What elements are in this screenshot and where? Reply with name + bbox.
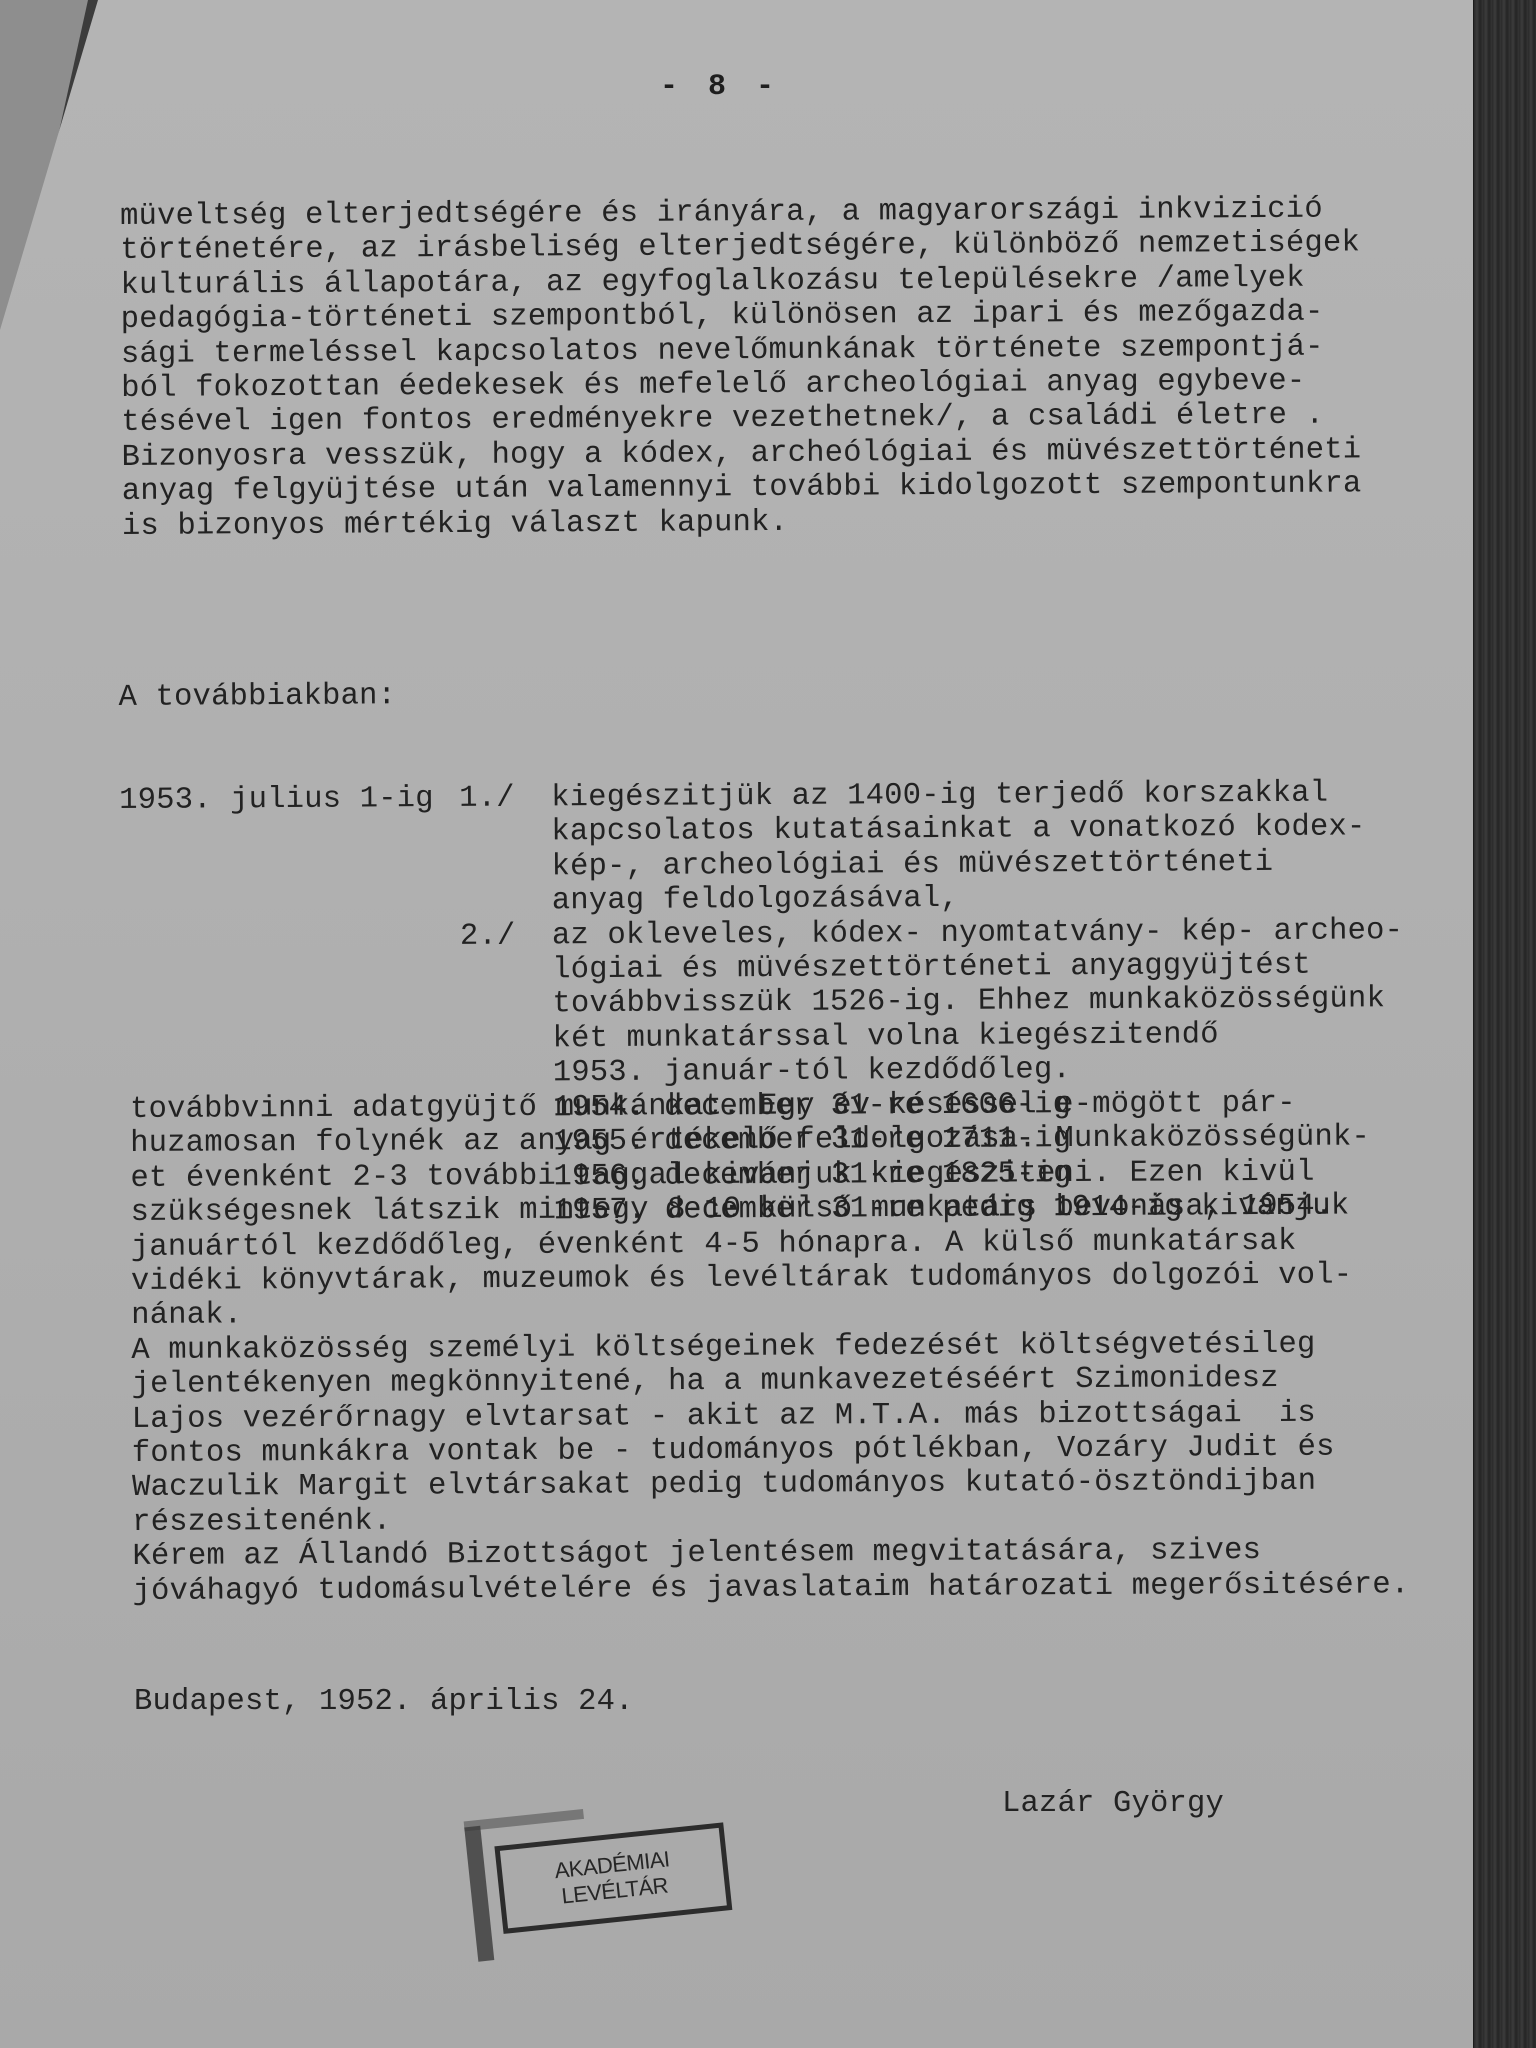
schedule-date: [119, 851, 459, 887]
schedule-date: [120, 954, 460, 990]
schedule-number: [460, 988, 552, 1023]
schedule-text: két munkatárssal volna kiegészitendő: [553, 1018, 1219, 1056]
archive-stamp: AKADÉMIAI LEVÉLTÁR: [462, 1781, 747, 1968]
stamp-box: AKADÉMIAI LEVÉLTÁR: [494, 1822, 732, 1934]
schedule-text: 1953. január-tól kezdődőleg.: [553, 1053, 1071, 1091]
schedule-date: [119, 816, 459, 852]
schedule-date: [120, 885, 460, 921]
schedule-text: kapcsolatos kutatásainkat a vonatkozó ko…: [551, 811, 1365, 850]
schedule-number: [460, 885, 552, 920]
schedule-number: 2./: [460, 919, 552, 954]
schedule-number: [461, 1057, 553, 1092]
schedule-text: lógiai és müvészettörténeti anyaggyüjtés…: [552, 949, 1311, 988]
schedule-date: [121, 1057, 461, 1093]
continuation-paragraph: továbbvinni adatgyüjtő munkánkat. Egy év…: [130, 1086, 1409, 1609]
schedule-number: [461, 1022, 553, 1057]
book-binding: [1473, 0, 1536, 2048]
schedule-date: [120, 988, 460, 1024]
signature: Lazár György: [1002, 1787, 1224, 1821]
schedule-text: anyag feldolgozásával,: [552, 882, 959, 919]
page-number: - 8 -: [660, 70, 780, 104]
schedule-number: 1./: [459, 781, 551, 816]
schedule-number: [460, 953, 552, 988]
opening-paragraph: müveltség elterjedtségére és irányára, a…: [120, 192, 1362, 544]
schedule-number: [459, 816, 551, 851]
schedule-date: [120, 920, 460, 956]
schedule-text: az okleveles, kódex- nyomtatvány- kép- a…: [552, 914, 1403, 954]
schedule-date: [121, 1023, 461, 1059]
place-date: Budapest, 1952. április 24.: [134, 1685, 634, 1719]
schedule-number: [459, 850, 551, 885]
text-line: vidéki könyvtárak, muzeumok és levéltára…: [131, 1258, 1408, 1299]
schedule-text: kiegészitjük az 1400-ig terjedő korszakk…: [551, 777, 1328, 816]
schedule-date: 1953. julius 1-ig: [119, 782, 459, 818]
schedule-text: továbbvisszük 1526-ig. Ehhez munkaközöss…: [552, 983, 1385, 1022]
text-line: jóváhagyó tudomásulvételére és javaslata…: [133, 1568, 1410, 1609]
schedule-text: kép-, archeológiai és müvészettörténeti: [551, 846, 1273, 885]
intro-label: A továbbiakban:: [118, 673, 1401, 715]
text-line: Waczulik Margit elvtársakat pedig tudomá…: [132, 1465, 1409, 1506]
